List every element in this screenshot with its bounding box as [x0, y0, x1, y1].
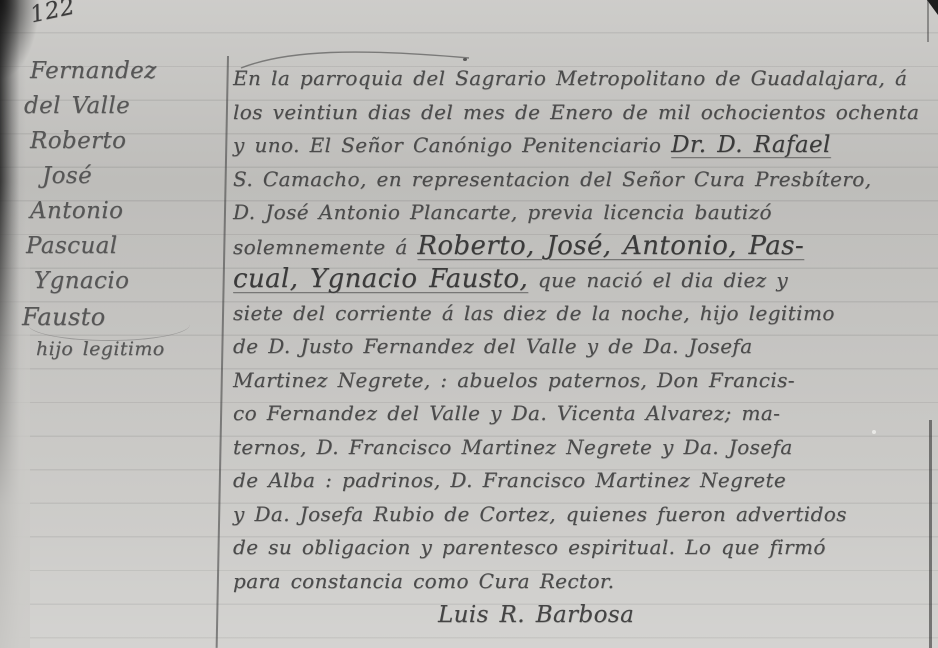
margin-name-line: Ygnacio — [22, 268, 217, 303]
record-line: D. José Antonio Plancarte, previa licenc… — [233, 196, 935, 230]
record-line: Martinez Negrete, : abuelos paternos, Do… — [233, 364, 935, 398]
margin-name-line: José — [22, 163, 217, 198]
record-line: los veintiun dias del mes de Enero de mi… — [233, 96, 935, 130]
record-line: para constancia como Cura Rector. — [233, 565, 935, 599]
page-edge-line-top — [927, 0, 929, 42]
record-line: S. Camacho, en representacion del Señor … — [233, 163, 935, 197]
record-line: y uno. El Señor Canónigo Penitenciario D… — [233, 129, 935, 163]
margin-name-line: hijo legitimo — [22, 338, 217, 373]
margin-name-line: Antonio — [22, 198, 217, 233]
record-line-text: solemnemente á — [233, 235, 417, 259]
column-separator-line — [216, 56, 229, 648]
record-line-text: que nació el dia diez y — [528, 268, 788, 292]
baptized-names: Roberto, José, Antonio, Pas- — [417, 231, 804, 261]
record-line: solemnemente á Roberto, José, Antonio, P… — [233, 230, 935, 264]
record-line: co Fernandez del Valle y Da. Vicenta Alv… — [233, 397, 935, 431]
margin-name-line: del Valle — [22, 93, 217, 128]
record-line: de su obligacion y parentesco espiritual… — [233, 531, 935, 565]
margin-name-line: Fernandez — [22, 58, 217, 93]
record-line: de Alba : padrinos, D. Francisco Martine… — [233, 464, 935, 498]
priest-signature: Luis R. Barbosa — [438, 599, 935, 633]
margin-name-line: Pascual — [22, 233, 217, 268]
record-line: y Da. Josefa Rubio de Cortez, quienes fu… — [233, 498, 935, 532]
record-text: En la parroquia del Sagrario Metropolita… — [233, 62, 935, 633]
record-line-text: y uno. El Señor Canónigo Penitenciario — [233, 133, 671, 157]
record-line: de D. Justo Fernandez del Valle y de Da.… — [233, 330, 935, 364]
record-line: cual, Ygnacio Fausto, que nació el dia d… — [233, 263, 935, 297]
margin-name-line: Roberto — [22, 128, 217, 163]
baptized-names: cual, Ygnacio Fausto, — [233, 264, 528, 294]
record-line: En la parroquia del Sagrario Metropolita… — [233, 62, 935, 96]
record-line: ternos, D. Francisco Martinez Negrete y … — [233, 431, 935, 465]
record-line: siete del corriente á las diez de la noc… — [233, 297, 935, 331]
document-page: 122 Fernandez del Valle Roberto José Ant… — [0, 0, 938, 648]
page-number: 122 — [28, 0, 78, 28]
officiant-name: Dr. D. Rafael — [671, 132, 831, 158]
underline-flourish — [28, 308, 190, 341]
